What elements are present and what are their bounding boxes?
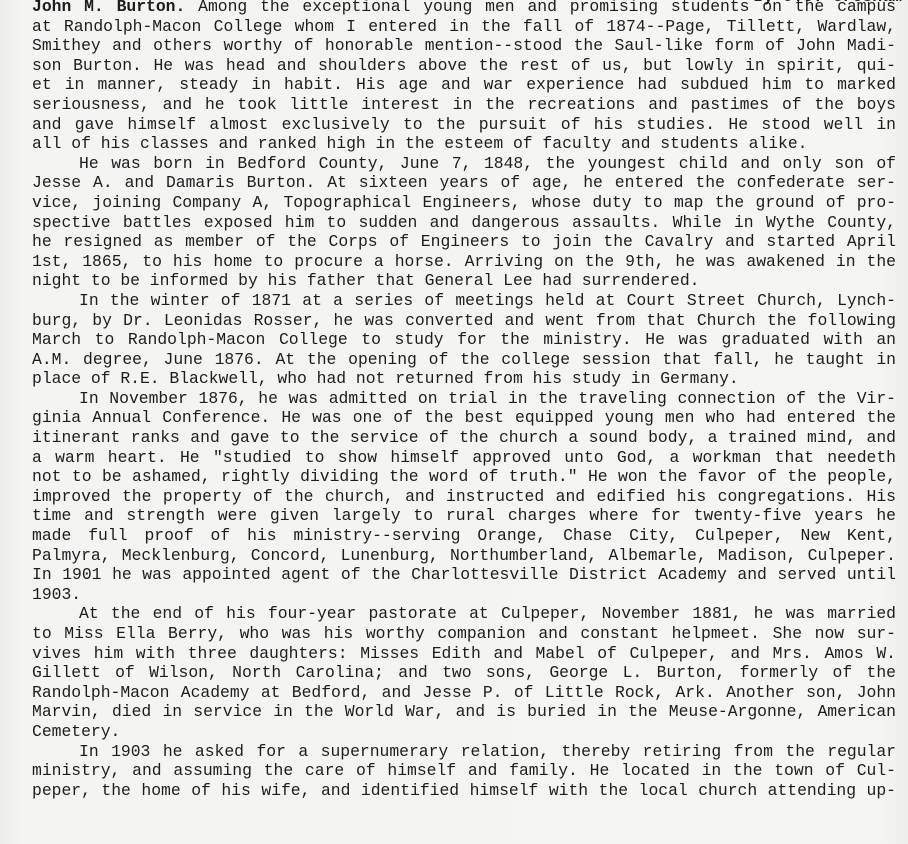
text-line: not to be ashamed, rightly dividing the … (32, 467, 896, 487)
text-line: all of his classes and ranked high in th… (32, 134, 896, 154)
text-line: itinerant ranks and gave to the service … (32, 428, 896, 448)
text-line: John M. Burton. Among the exceptional yo… (32, 0, 896, 17)
text-line: 1903. (32, 585, 896, 605)
text-line: In the winter of 1871 at a series of mee… (32, 291, 896, 311)
text-line: peper, the home of his wife, and identif… (32, 781, 896, 801)
text-line: et in manner, steady in habit. His age a… (32, 75, 896, 95)
text-line: In 1903 he asked for a supernumerary rel… (32, 742, 896, 762)
text-line: vice, joining Company A, Topographical E… (32, 193, 896, 213)
text-line: spective battles exposed him to sudden a… (32, 213, 896, 233)
text-line: In 1901 he was appointed agent of the Ch… (32, 565, 896, 585)
text-line: night to be informed by his father that … (32, 271, 896, 291)
text-line: Gillett of Wilson, North Carolina; and t… (32, 663, 896, 683)
text-line: He was born in Bedford County, June 7, 1… (32, 154, 896, 174)
text-line: At the end of his four-year pastorate at… (32, 604, 896, 624)
text-line: In November 1876, he was admitted on tri… (32, 389, 896, 409)
text-line: burg, by Dr. Leonidas Rosser, he was con… (32, 311, 896, 331)
text-line: Smithey and others worthy of honorable m… (32, 36, 896, 56)
text-line: vives him with three daughters: Misses E… (32, 644, 896, 664)
text-line: ministry, and assuming the care of himse… (32, 761, 896, 781)
text-line: a warm heart. He "studied to show himsel… (32, 448, 896, 468)
text-line: to Miss Ella Berry, who was his worthy c… (32, 624, 896, 644)
document-page: By J.C. Gresham John M. Burton. Among th… (0, 0, 908, 844)
text-line: at Randolph-Macon College whom I entered… (32, 17, 896, 37)
text-line: Randolph-Macon Academy at Bedford, and J… (32, 683, 896, 703)
text-line: son Burton. He was head and shoulders ab… (32, 56, 896, 76)
subject-name: John M. Burton. (32, 0, 185, 16)
text-line: and gave himself almost exclusively to t… (32, 115, 896, 135)
text-line: he resigned as member of the Corps of En… (32, 232, 896, 252)
text-line: Palmyra, Mecklenburg, Concord, Lunenburg… (32, 546, 896, 566)
memoir-text-body: John M. Burton. Among the exceptional yo… (32, 0, 896, 800)
text-line: place of R.E. Blackwell, who had not ret… (32, 369, 896, 389)
text-line: seriousness, and he took little interest… (32, 95, 896, 115)
text-line: time and strength were given largely to … (32, 506, 896, 526)
text-line: March to Randolph-Macon College to study… (32, 330, 896, 350)
text-line: Cemetery. (32, 722, 896, 742)
text-line: 1st, 1865, to his home to procure a hors… (32, 252, 896, 272)
text-line: improved the property of the church, and… (32, 487, 896, 507)
text-line: A.M. degree, June 1876. At the opening o… (32, 350, 896, 370)
text-line: Jesse A. and Damaris Burton. At sixteen … (32, 173, 896, 193)
text-line: made full proof of his ministry--serving… (32, 526, 896, 546)
text-line: Marvin, died in service in the World War… (32, 702, 896, 722)
text-line: ginia Annual Conference. He was one of t… (32, 408, 896, 428)
line-text: Among the exceptional young men and prom… (185, 0, 896, 16)
